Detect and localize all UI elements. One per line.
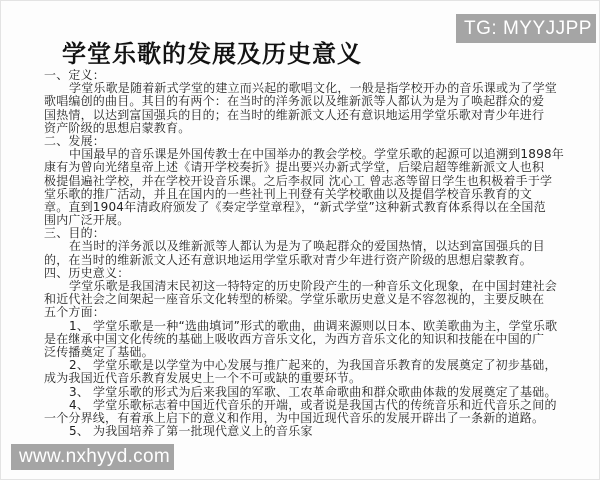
text-line: 在当时的洋务派以及维新派等人都认为是为了唤起群众的爱国热情，以达到富国强兵的目: [44, 240, 568, 253]
text-line: 的，在当时的维新派文人还有意识地运用学堂乐歌对青少年进行资产阶级的思想启蒙教育。: [44, 254, 568, 267]
text-line: 是在继承中国文化传统的基础上吸收西方音乐文化，为西方音乐文化的知识和技能在中国的…: [44, 333, 568, 346]
text-line: 1、 学堂乐歌是一种“选曲填词”形式的歌曲，曲调来源则以日本、欧美歌曲为主，学堂…: [44, 320, 568, 333]
text-line: 歌唱编创的曲目。其目的有两个：在当时的洋务派以及维新派等人都认为是为了唤起群众的…: [44, 95, 568, 108]
text-line: 堂乐歌的推广活动，并且在国内的一些社刊上刊登有关学校歌曲以及提倡学校音乐教育的文: [44, 188, 568, 201]
text-line: 五个方面：: [44, 306, 568, 319]
text-line: 国热情，以达到富国强兵的目的；在当时的维新派文人还有意识地运用学堂乐歌对青少年进…: [44, 109, 568, 122]
watermark-top-right: TG: MYYJJPP: [456, 14, 596, 43]
text-line: 3、 学堂乐歌的形式为后来我国的军歌、工农革命歌曲和群众歌曲体裁的发展奠定了基础…: [44, 386, 568, 399]
text-line: 围内广泛开展。: [44, 214, 568, 227]
document-page: TG: MYYJJPP 学堂乐歌的发展及历史意义 一、定义：学堂乐歌是随着新式学…: [0, 0, 600, 480]
text-line: 康有为曾向光绪皇帝上述《请开学校奏折》提出要兴办新式学堂，后梁启超等维新派文人也…: [44, 161, 568, 174]
document-lines: 一、定义：学堂乐歌是随着新式学堂的建立而兴起的歌唱文化，一般是指学校开办的音乐课…: [44, 69, 568, 438]
text-line: 资产阶级的思想启蒙教育。: [44, 122, 568, 135]
watermark-bottom-left: www.nxhyyd.com: [11, 444, 174, 470]
text-line: 和近代社会之间架起一座音乐文化转型的桥梁。学堂乐歌历史意义是不容忽视的，主要反映…: [44, 293, 568, 306]
text-line: 成为我国近代音乐教育发展史上一个不可或缺的重要环节。: [44, 372, 568, 385]
page-title: 学堂乐歌的发展及历史意义: [62, 34, 362, 69]
text-line: 4、 学堂乐歌标志着中国近代音乐的开端，或者说是我国古代的传统音乐和近代音乐之间…: [44, 399, 568, 412]
text-line: 极提倡遍社学校，并在学校开设音乐课。之后李叔同 沈心工 曾志忞等留日学生也积极着…: [44, 175, 568, 188]
text-line: 5、 为我国培养了第一批现代意义上的音乐家: [44, 425, 568, 438]
